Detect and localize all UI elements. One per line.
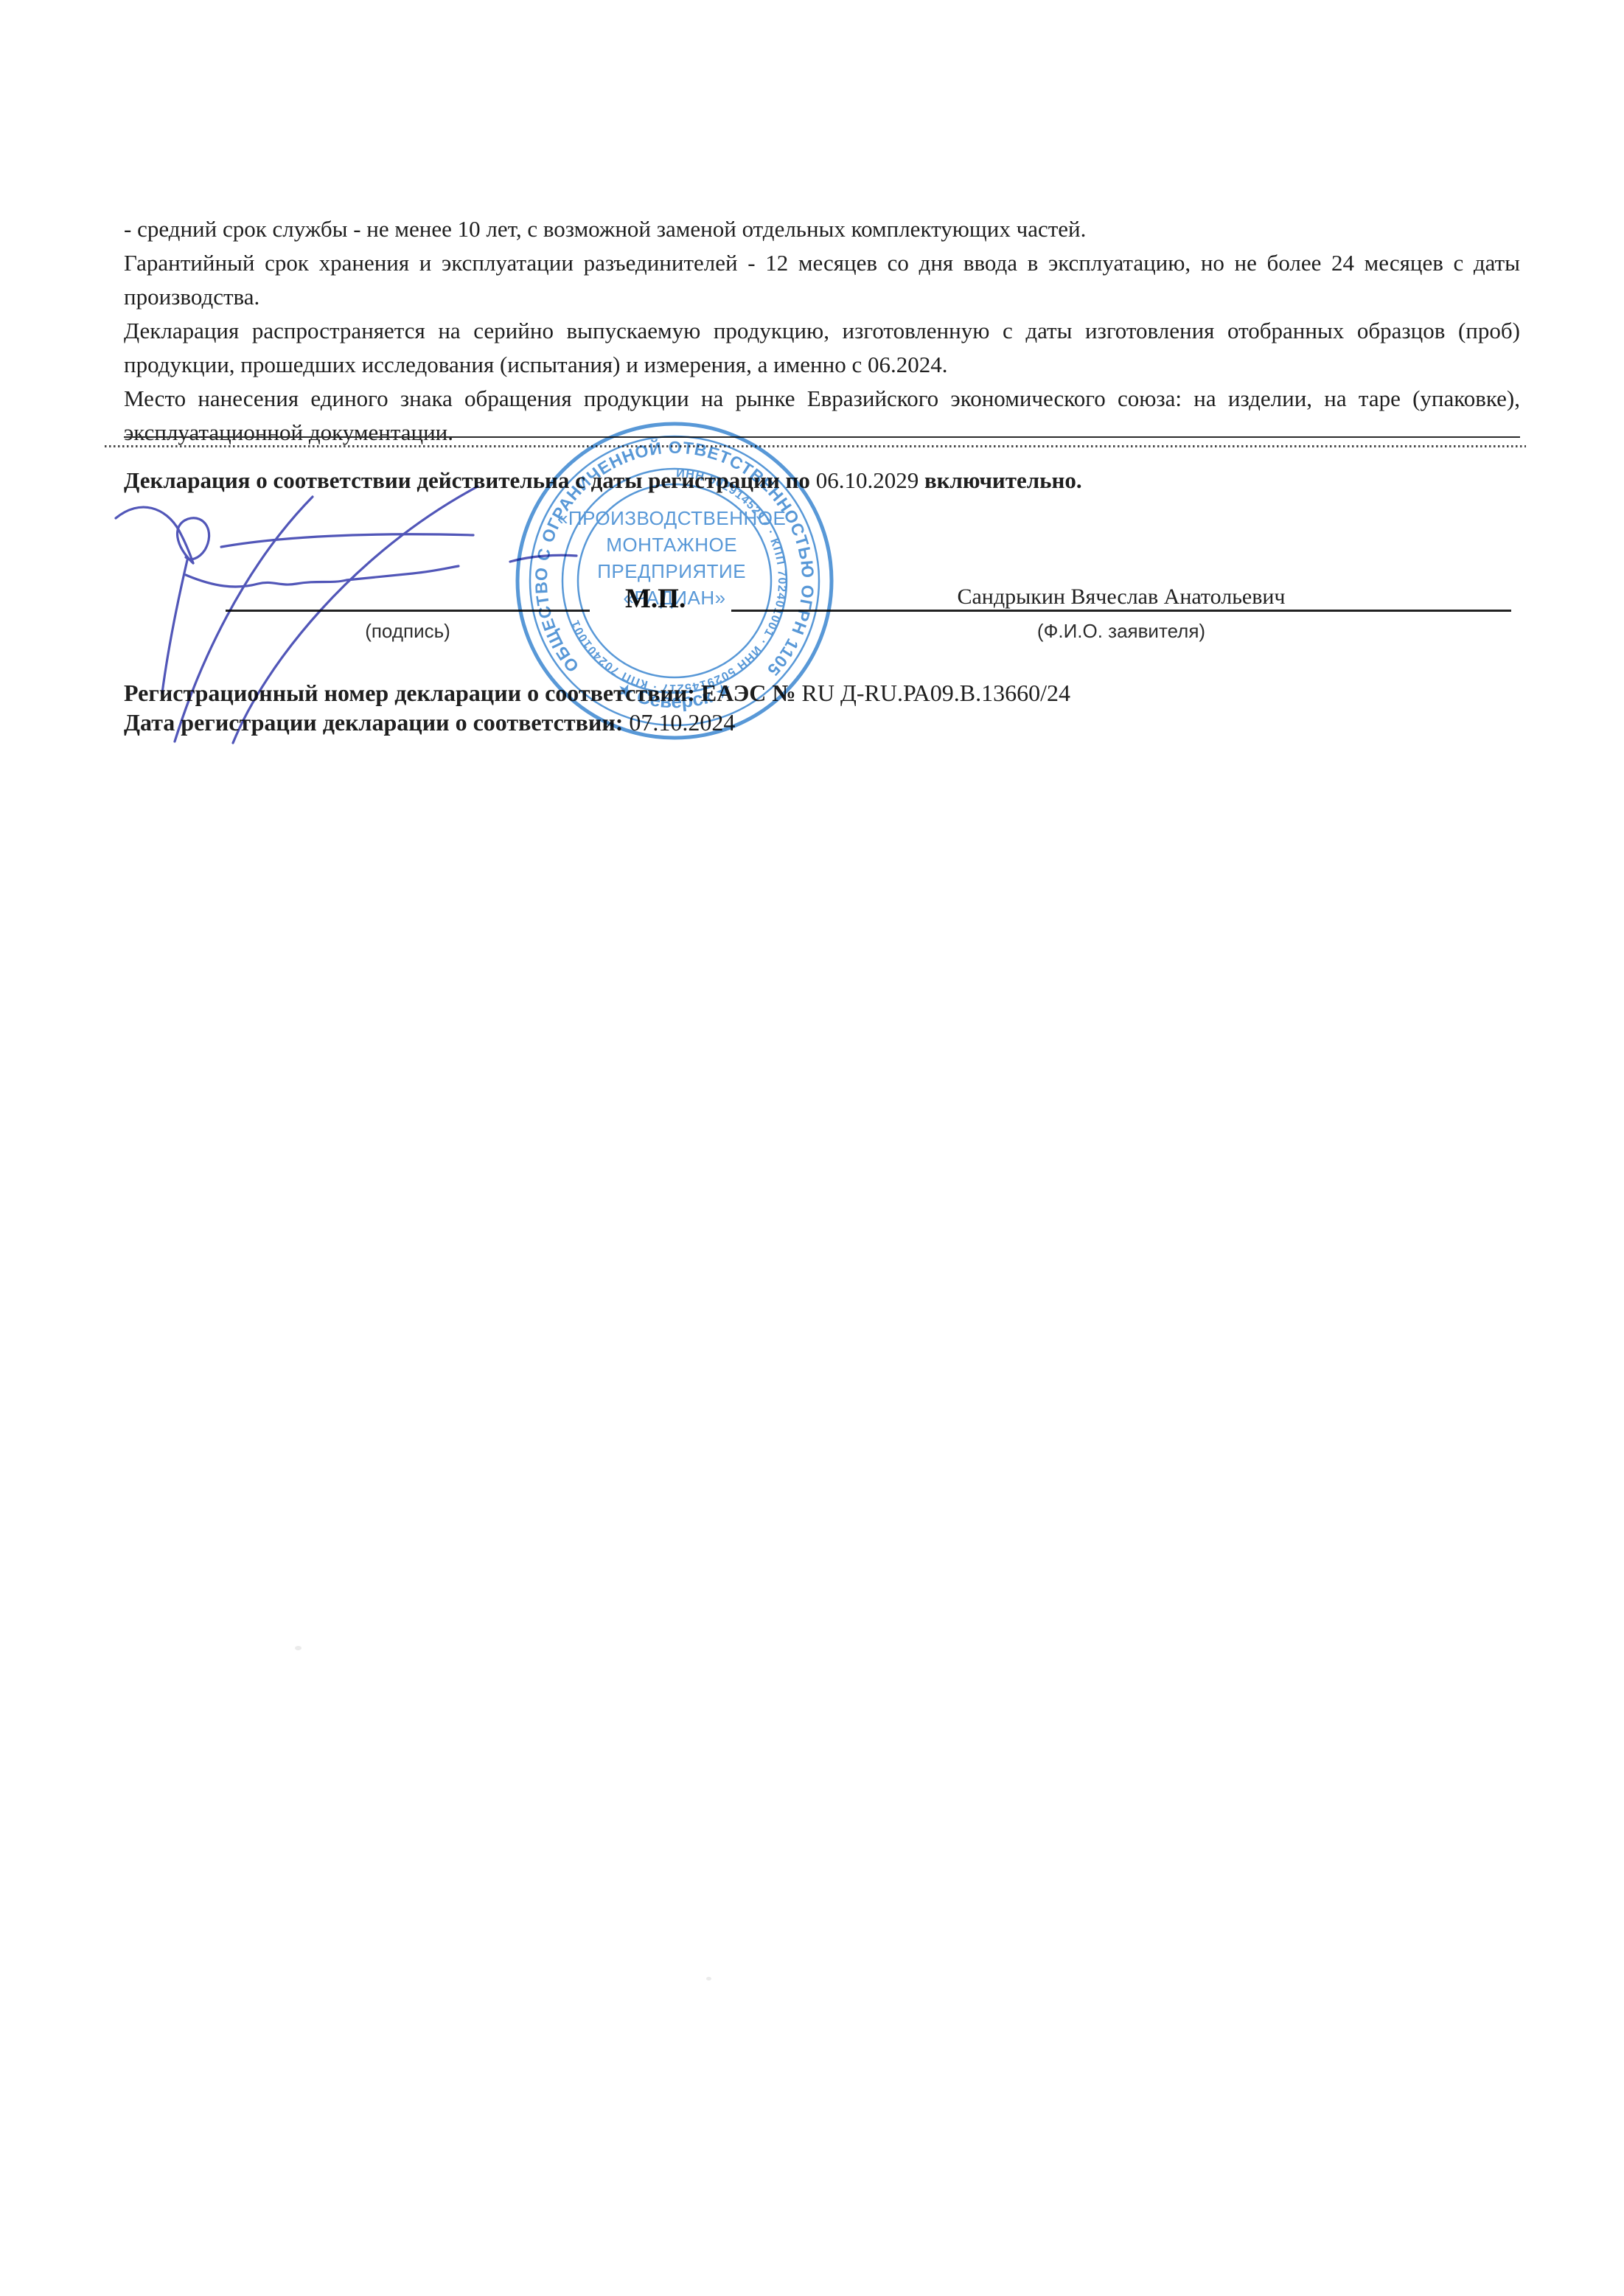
signature-stroke [186,566,459,587]
scan-speck [295,1646,302,1650]
applicant-name: Сандрыкин Вячеслав Анатольевич [731,585,1511,610]
stamp-center-text: «ПРОИЗВОДСТВЕННОЕ МОНТАЖНОЕ ПРЕДПРИЯТИЕ … [557,507,792,609]
applicant-rule [731,610,1511,612]
declaration-text-block: - средний срок службы - не менее 10 лет,… [124,212,1520,450]
registration-number-value: RU Д-RU.РА09.В.13660/24 [802,680,1070,706]
signature-stroke [116,507,193,563]
applicant-caption: (Ф.И.О. заявителя) [731,620,1511,643]
stamp-center-line-2: МОНТАЖНОЕ [606,534,737,556]
stamp-center-line-4: «РАДИАН» [623,587,725,609]
signature-stroke [510,555,576,562]
paragraph-service-life: - средний срок службы - не менее 10 лет,… [124,212,1520,246]
handwritten-signature [96,472,590,756]
scan-speck [706,1977,711,1981]
validity-suffix: включительно. [919,467,1081,493]
signature-stroke [221,534,473,547]
paragraph-serial-production: Декларация распространяется на серийно в… [124,314,1520,382]
scanned-declaration-page: - средний срок службы - не менее 10 лет,… [0,0,1624,2296]
stamp-center-line-1: «ПРОИЗВОДСТВЕННОЕ [557,507,786,529]
signature-stroke [233,486,478,743]
signature-stroke [178,518,209,563]
signature-stroke [162,560,187,693]
stamp-center-line-3: ПРЕДПРИЯТИЕ [597,560,746,582]
signature-stroke [175,497,313,742]
paragraph-warranty: Гарантийный срок хранения и эксплуатации… [124,246,1520,314]
